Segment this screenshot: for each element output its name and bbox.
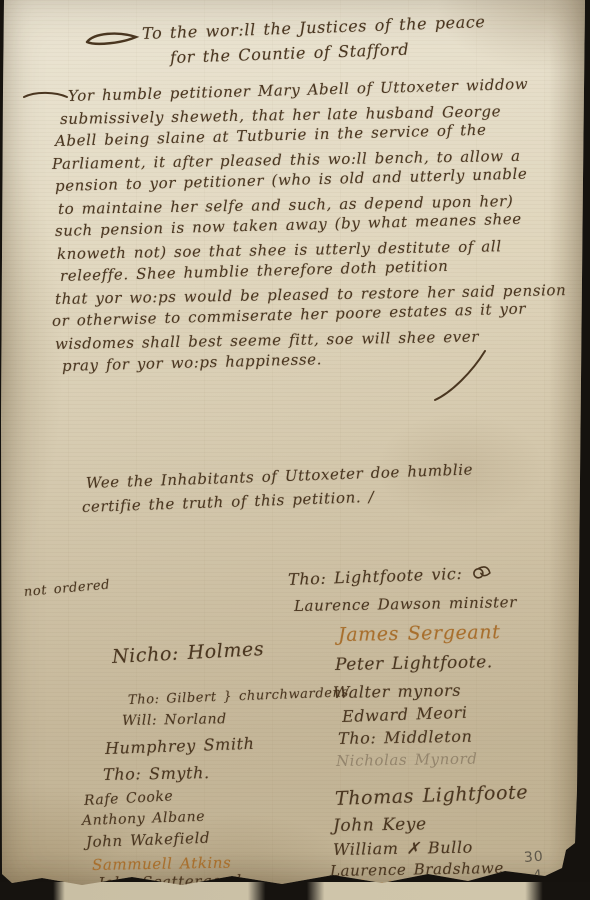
signature: John Wakefield	[86, 829, 211, 851]
petition-body-line: pray for yor wo:ps happinesse.	[62, 350, 322, 375]
signature: Rafe Cooke	[84, 788, 174, 809]
official-signature-minister: Laurence Dawson minister	[294, 593, 517, 615]
ink-flourish-heading	[84, 30, 140, 52]
signature: Nicho: Holmes	[111, 638, 264, 668]
petition-heading-line-2: for the Countie of Stafford	[170, 40, 410, 67]
archive-photo-backdrop: { "page": { "description": "Handwritten …	[0, 0, 590, 900]
signature: James Sergeant	[338, 621, 501, 646]
signature: Edward Meori	[342, 703, 468, 726]
signature: Anthony Albane	[82, 809, 206, 829]
petition-heading-line-1: To the wor:ll the Justices of the peace	[142, 12, 486, 43]
signature: Will: Norland	[122, 711, 227, 729]
ink-flourish-body	[22, 88, 70, 107]
underlying-page-edge	[0, 882, 590, 900]
official-signature-text: Tho: Lightfoote vic:	[288, 564, 463, 589]
signature: William ✗ Bullo	[333, 838, 473, 859]
signature: Tho: Gilbert } churchwardens	[128, 685, 349, 708]
signature: Humphrey Smith	[105, 734, 255, 758]
document-page: To the wor:ll the Justices of the peace …	[0, 0, 590, 900]
ink-flourish-closing	[430, 348, 490, 408]
signature: Walter mynors	[333, 681, 461, 702]
petition-body-line: wisdomes shall best seeme fitt, soe will…	[55, 328, 479, 353]
marginal-note-not-ordered: not ordered	[23, 577, 110, 599]
official-signature-vicar: Tho: Lightfoote vic:	[288, 563, 495, 589]
signature: Sammuell Atkins	[92, 854, 232, 874]
signature: John Keye	[333, 814, 427, 836]
signature: Tho: Smyth.	[103, 763, 210, 784]
signature: Thomas Lightfoote	[335, 781, 529, 810]
notary-knot-flourish	[470, 564, 495, 581]
signature: Nicholas Mynord	[336, 750, 478, 770]
archival-folio-number: 30	[523, 849, 544, 866]
petition-body-line: Yor humble petitioner Mary Abell of Utto…	[68, 75, 529, 105]
certification-line-1: Wee the Inhabitants of Uttoxeter doe hum…	[86, 460, 474, 492]
signature: Peter Lightfoote.	[335, 652, 493, 675]
certification-line-2: certifie the truth of this petition. /	[82, 488, 375, 516]
signature: Tho: Middleton	[338, 727, 473, 748]
